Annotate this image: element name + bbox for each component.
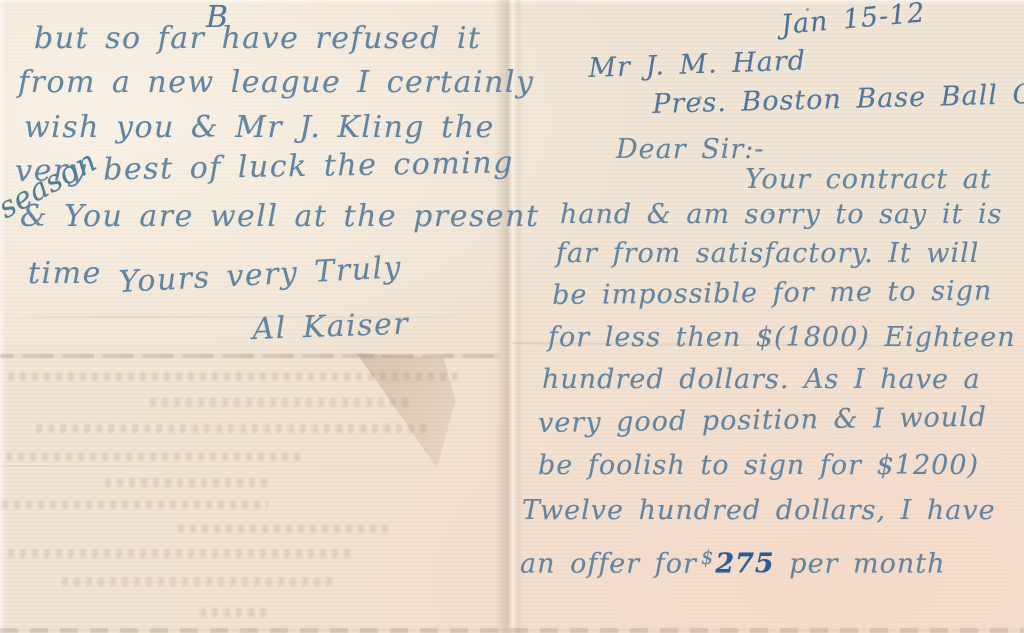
- bleed-through-row: [150, 398, 412, 407]
- letter-line: time: [28, 259, 102, 289]
- bleed-through-row: [178, 524, 394, 533]
- body-line: be impossible for me to sign: [552, 277, 992, 309]
- bleed-through-row: [8, 372, 458, 381]
- signature: Al Kaiser: [252, 310, 410, 345]
- letter-scan: B but so far have refused it from a new …: [0, 0, 1024, 633]
- bleed-through-row: [36, 424, 428, 433]
- salutation: Dear Sir:-: [616, 136, 764, 163]
- crease-line: [0, 628, 1024, 633]
- body-line: far from satisfactory. It will: [556, 240, 979, 267]
- letter-line: & You are well at the present: [20, 202, 540, 232]
- body-line: Your contract at: [745, 166, 992, 193]
- body-line: be foolish to sign for $1200): [538, 452, 979, 479]
- offer-prefix: an offer for: [520, 549, 697, 580]
- offer-amount: 275: [715, 549, 774, 580]
- body-line-offer: an offer for$275 per month: [520, 548, 946, 578]
- closing-line: Yours very Truly: [118, 253, 403, 298]
- bleed-through-row: [200, 608, 272, 617]
- body-line: Twelve hundred dollars, I have: [522, 497, 996, 524]
- bleed-through-row: [105, 478, 267, 487]
- letter-line: from a new league I certainly: [18, 68, 534, 98]
- dollar-sign-icon: $: [701, 546, 714, 569]
- bleed-through-row: [6, 452, 306, 461]
- body-line: hand & am sorry to say it is: [560, 201, 1002, 228]
- date-line: Jan 15-12: [780, 0, 927, 39]
- body-line: hundred dollars. As I have a: [542, 366, 981, 393]
- letter-line: wish you & Mr J. Kling the: [24, 113, 495, 143]
- body-line: very good position & I would: [538, 404, 987, 437]
- offer-suffix: per month: [789, 549, 945, 580]
- bleed-through-row: [62, 577, 334, 586]
- recipient-name: Mr J. M. Hard: [588, 47, 806, 82]
- bleed-through-row: [2, 500, 268, 509]
- letter-line: but so far have refused it: [34, 24, 481, 54]
- scan-edge-left: [0, 0, 6, 633]
- bleed-through-row: [8, 549, 354, 558]
- recipient-title: Pres. Boston Base Ball Co: [652, 81, 1024, 118]
- fold-shadow-triangle: [350, 352, 460, 472]
- body-line: for less then $(1800) Eighteen: [548, 324, 1016, 351]
- crease-line: [0, 465, 440, 467]
